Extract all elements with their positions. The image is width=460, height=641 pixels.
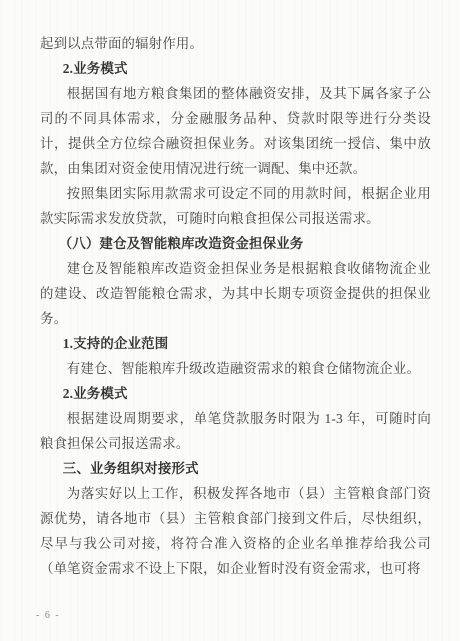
paragraph-loan-timing: 按照集团实际用款需求可设定不同的用款时间，根据企业用款实际需求发放贷款，可随时向… — [40, 181, 431, 231]
paragraph-implementation: 为落实好以上工作，积极发挥各地市（县）主管粮食部门资源优势，请各地市（县）主管粮… — [40, 481, 431, 581]
heading-section-8-warehouse-guarantee: （八）建仓及智能粮库改造资金担保业务 — [40, 231, 431, 256]
document-text: 起到以点带面的辐射作用。 2.业务模式 根据国有地方粮食集团的整体融资安排，及其… — [40, 31, 431, 581]
document-page: 起到以点带面的辐射作用。 2.业务模式 根据国有地方粮食集团的整体融资安排，及其… — [0, 0, 460, 641]
heading-chapter-3-organization: 三、业务组织对接形式 — [40, 456, 431, 481]
heading-supported-enterprises: 1.支持的企业范围 — [40, 331, 431, 356]
paragraph-supported-enterprises: 有建仓、智能粮库升级改造融资需求的粮食仓储物流企业。 — [40, 356, 431, 381]
heading-business-model-1: 2.业务模式 — [40, 56, 431, 81]
paragraph-financing-arrangement: 根据国有地方粮食集团的整体融资安排，及其下属各家子公司的不同具体需求，分金融服务… — [40, 81, 431, 181]
page-number: - 6 - — [36, 610, 60, 621]
paragraph-warehouse-guarantee-desc: 建仓及智能粮库改造资金担保业务是根据粮食收储物流企业的建设、改造智能粮仓需求，为… — [40, 256, 431, 331]
heading-business-model-2: 2.业务模式 — [40, 381, 431, 406]
paragraph-loan-term: 根据建设周期要求，单笔贷款服务时限为 1-3 年，可随时向粮食担保公司报送需求。 — [40, 406, 431, 456]
paragraph-continuation: 起到以点带面的辐射作用。 — [40, 31, 431, 56]
